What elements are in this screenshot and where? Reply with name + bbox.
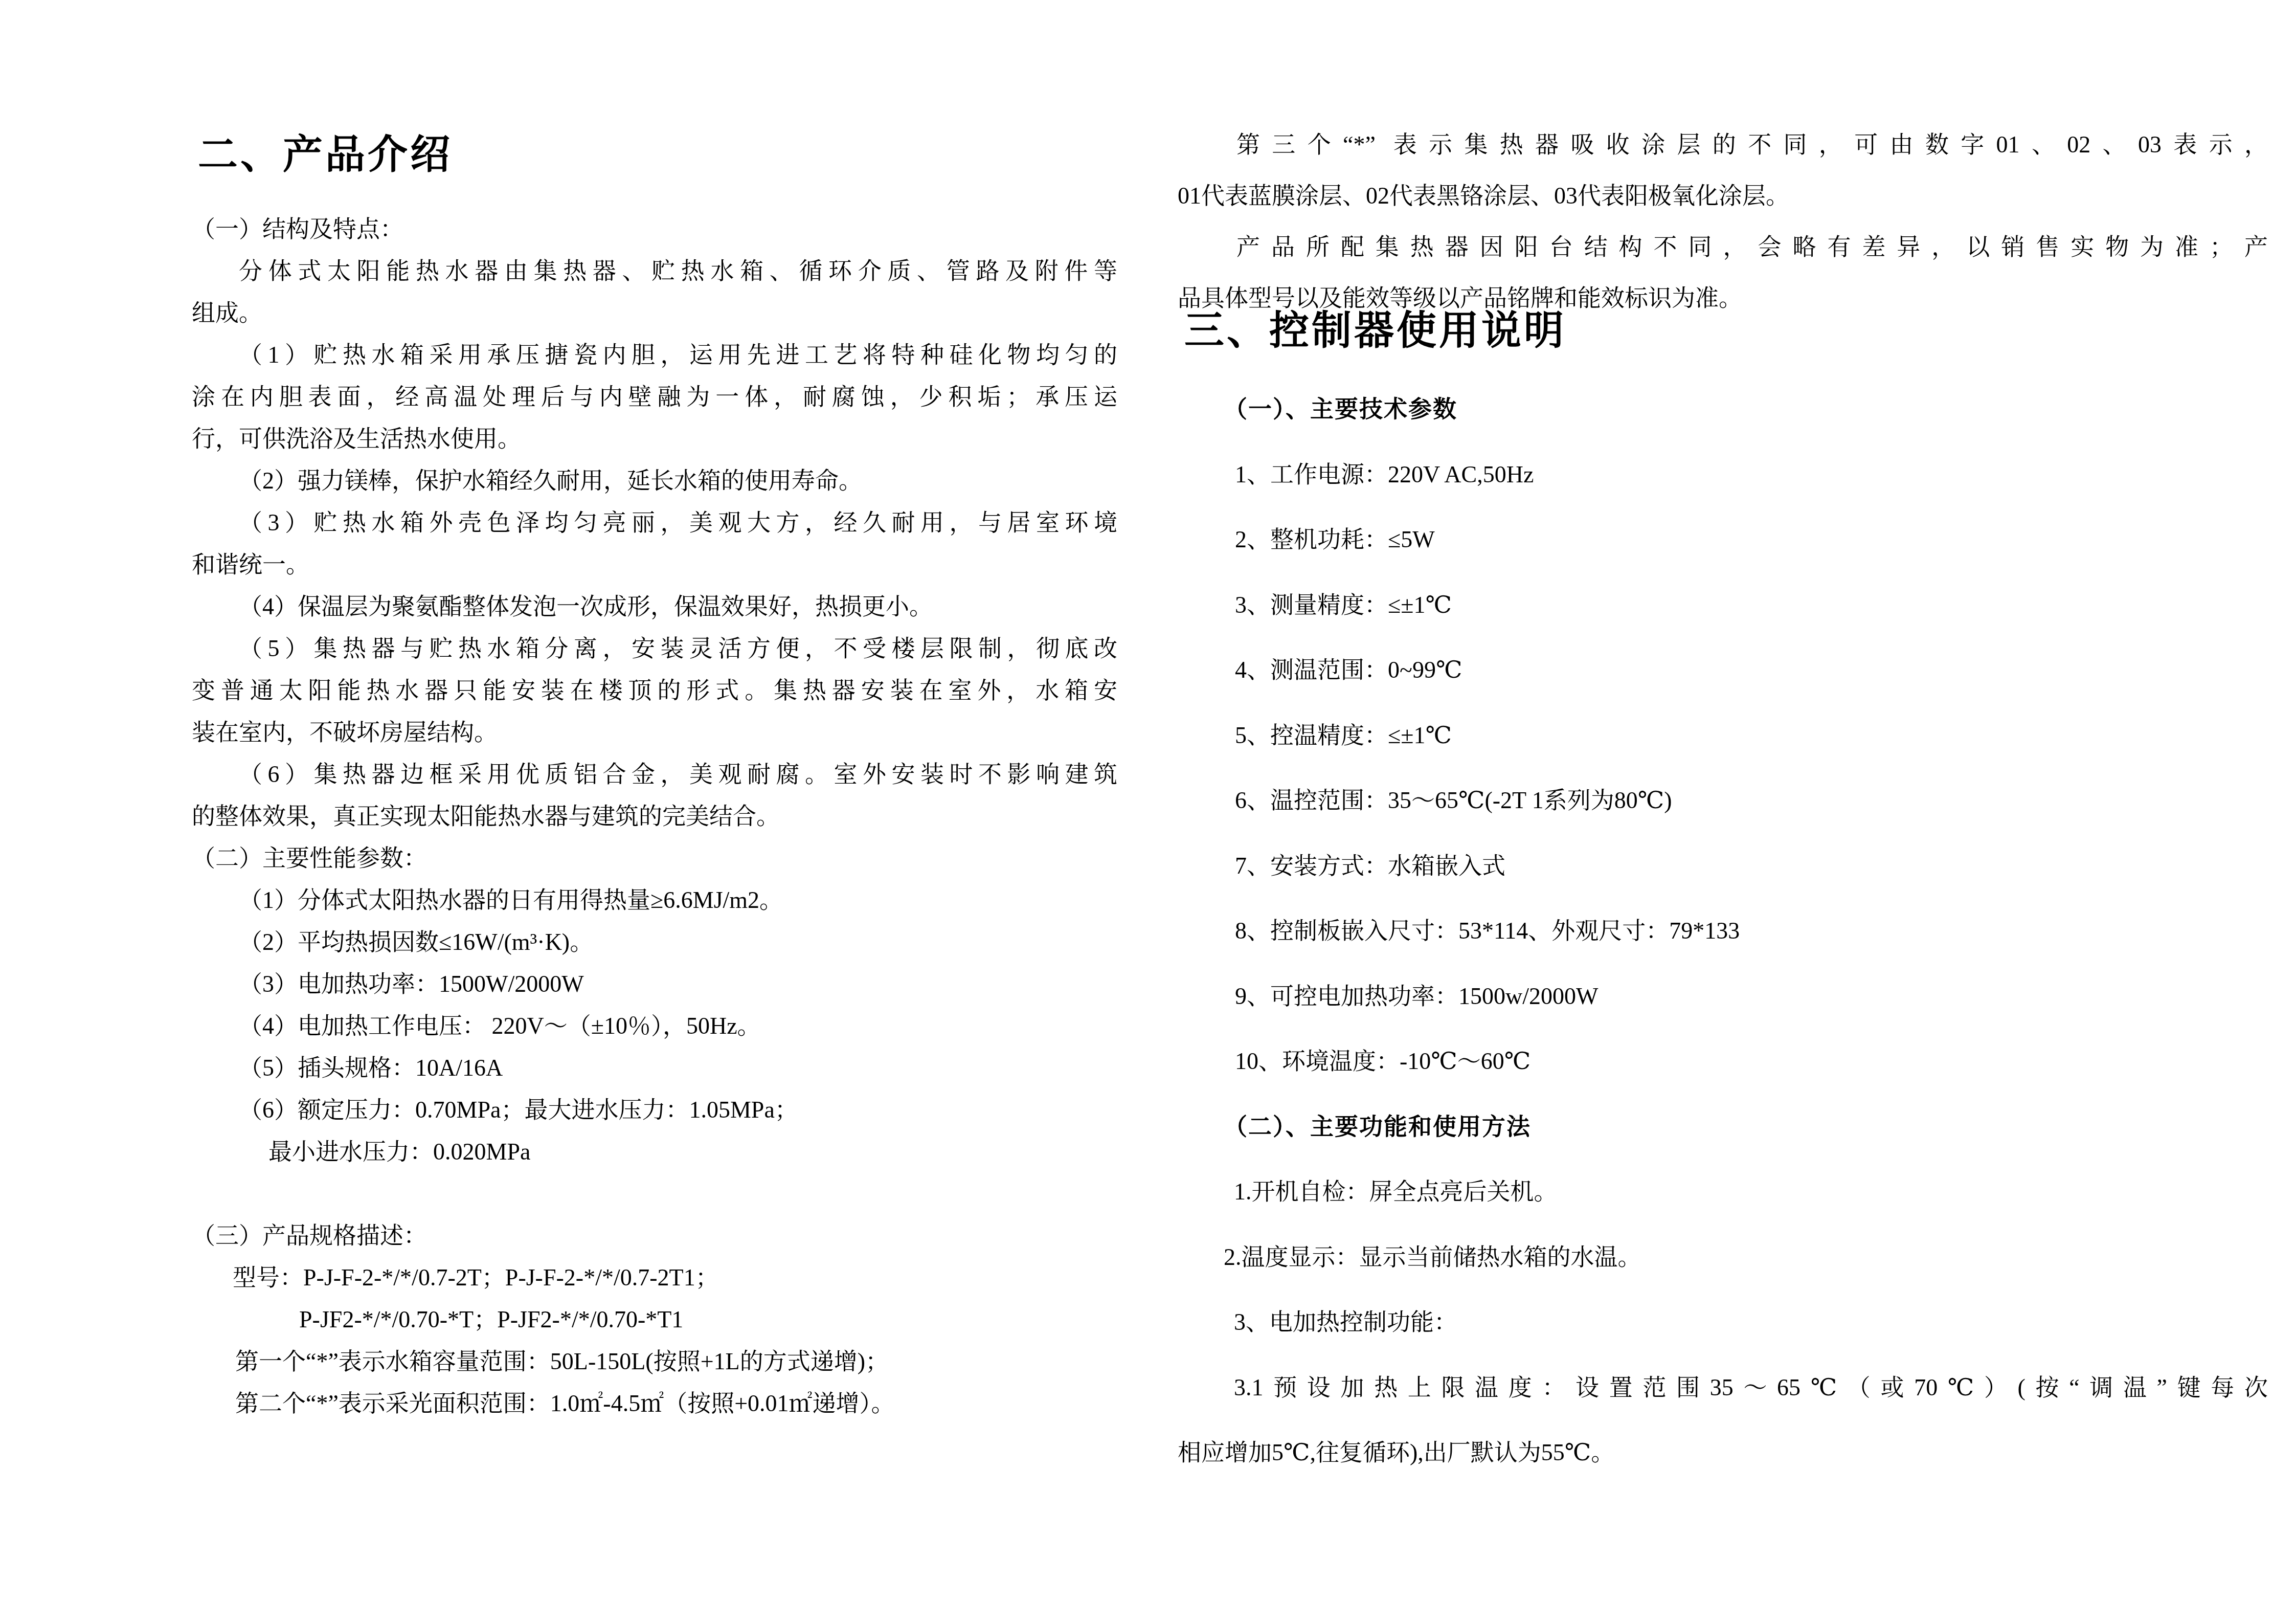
text-line: （5）插头规格：10A/16A bbox=[192, 1054, 1117, 1082]
left-column-lines: （一）结构及特点：分体式太阳能热水器由集热器、贮热水箱、循环介质、管路及附件等组… bbox=[192, 0, 1117, 1624]
right-column-lines: 第三个“*” 表示集热器吸收涂层的不同，可由数字01、02、03表示，01代表蓝… bbox=[1178, 0, 2268, 1624]
text-line: 5、控温精度：≤±1℃ bbox=[1178, 721, 2268, 749]
text-line: （二）、主要功能和使用方法 bbox=[1178, 1113, 2268, 1141]
text-line: （2）平均热损因数≤16W/(m³·K)。 bbox=[192, 928, 1117, 956]
text-line: 2、整机功耗：≤5W bbox=[1178, 525, 2268, 553]
text-line: （一）结构及特点： bbox=[192, 215, 1117, 243]
text-line: 6、温控范围：35～65℃(-2T 1系列为80℃) bbox=[1178, 786, 2268, 814]
text-line: 和谐统一。 bbox=[192, 550, 1117, 579]
text-line: 01代表蓝膜涂层、02代表黑铬涂层、03代表阳极氧化涂层。 bbox=[1178, 182, 2268, 210]
text-line: 1、工作电源：220V AC,50Hz bbox=[1178, 460, 2268, 488]
text-line: 3、测量精度：≤±1℃ bbox=[1178, 591, 2268, 619]
right-column: 三、控制器使用说明 第三个“*” 表示集热器吸收涂层的不同，可由数字01、02、… bbox=[1178, 0, 2268, 1624]
text-line: 装在室内，不破坏房屋结构。 bbox=[192, 718, 1117, 746]
text-line: 涂在内胆表面，经高温处理后与内壁融为一体，耐腐蚀，少积垢；承压运 bbox=[192, 383, 1117, 411]
text-line: 分体式太阳能热水器由集热器、贮热水箱、循环介质、管路及附件等 bbox=[192, 257, 1117, 285]
text-line: （5）集热器与贮热水箱分离，安装灵活方便，不受楼层限制，彻底改 bbox=[192, 634, 1117, 662]
text-line: 的整体效果，真正实现太阳能热水器与建筑的完美结合。 bbox=[192, 802, 1117, 830]
text-line: 变普通太阳能热水器只能安装在楼顶的形式。集热器安装在室外，水箱安 bbox=[192, 676, 1117, 704]
text-line: （1）贮热水箱采用承压搪瓷内胆，运用先进工艺将特种硅化物均匀的 bbox=[192, 341, 1117, 369]
text-line: 10、环境温度：-10℃～60℃ bbox=[1178, 1047, 2268, 1075]
text-line: 相应增加5℃,往复循环),出厂默认为55℃。 bbox=[1178, 1438, 2268, 1466]
text-line: 第二个“*”表示采光面积范围：1.0㎡-4.5㎡（按照+0.01㎡递增）。 bbox=[192, 1389, 1117, 1417]
text-line: 2.温度显示：显示当前储热水箱的水温。 bbox=[1178, 1243, 2268, 1271]
text-line: （3）电加热功率：1500W/2000W bbox=[192, 970, 1117, 998]
text-line: 产品所配集热器因阳台结构不同，会略有差异，以销售实物为准；产 bbox=[1178, 233, 2268, 261]
manual-page: 二、产品介绍 （一）结构及特点：分体式太阳能热水器由集热器、贮热水箱、循环介质、… bbox=[0, 0, 2296, 1624]
text-line: P-JF2-*/*/0.70-*T；P-JF2-*/*/0.70-*T1 bbox=[192, 1305, 1117, 1333]
text-line: （二）主要性能参数： bbox=[192, 844, 1117, 872]
text-line: 行，可供洗浴及生活热水使用。 bbox=[192, 425, 1117, 453]
text-line: 3、电加热控制功能： bbox=[1178, 1308, 2268, 1336]
text-line: 型号：P-J-F-2-*/*/0.7-2T；P-J-F-2-*/*/0.7-2T… bbox=[192, 1263, 1117, 1292]
text-line: 1.开机自检：屏全点亮后关机。 bbox=[1178, 1177, 2268, 1206]
text-line: （1）分体式太阳热水器的日有用得热量≥6.6MJ/m2。 bbox=[192, 886, 1117, 914]
text-line: 3.1预设加热上限温度：设置范围35～65℃（或70℃）(按“调温”键每次 bbox=[1178, 1373, 2268, 1401]
left-column: 二、产品介绍 （一）结构及特点：分体式太阳能热水器由集热器、贮热水箱、循环介质、… bbox=[192, 0, 1117, 1624]
text-line: （6）额定压力：0.70MPa；最大进水压力：1.05MPa； bbox=[192, 1096, 1117, 1124]
text-line: 组成。 bbox=[192, 299, 1117, 327]
text-line: 4、测温范围：0~99℃ bbox=[1178, 656, 2268, 684]
text-line: （4）电加热工作电压： 220V～（±10％），50Hz。 bbox=[192, 1012, 1117, 1040]
text-line: 最小进水压力：0.020MPa bbox=[192, 1138, 1117, 1166]
text-line: （一）、主要技术参数 bbox=[1178, 395, 2268, 423]
text-line: 第一个“*”表示水箱容量范围：50L-150L(按照+1L的方式递增)； bbox=[192, 1347, 1117, 1375]
text-line: 8、控制板嵌入尺寸：53*114、外观尺寸：79*133 bbox=[1178, 917, 2268, 945]
text-line: 7、安装方式：水箱嵌入式 bbox=[1178, 852, 2268, 880]
text-line: 9、可控电加热功率：1500w/2000W bbox=[1178, 982, 2268, 1010]
text-line: 第三个“*” 表示集热器吸收涂层的不同，可由数字01、02、03表示， bbox=[1178, 130, 2268, 159]
text-line: （6）集热器边框采用优质铝合金，美观耐腐。室外安装时不影响建筑 bbox=[192, 760, 1117, 788]
text-line: （4）保温层为聚氨酯整体发泡一次成形，保温效果好，热损更小。 bbox=[192, 592, 1117, 620]
text-line: （3）贮热水箱外壳色泽均匀亮丽，美观大方，经久耐用，与居室环境 bbox=[192, 508, 1117, 537]
text-line: （三）产品规格描述： bbox=[192, 1221, 1117, 1250]
text-line: 品具体型号以及能效等级以产品铭牌和能效标识为准。 bbox=[1178, 284, 2268, 312]
text-line: （2）强力镁棒，保护水箱经久耐用，延长水箱的使用寿命。 bbox=[192, 466, 1117, 495]
